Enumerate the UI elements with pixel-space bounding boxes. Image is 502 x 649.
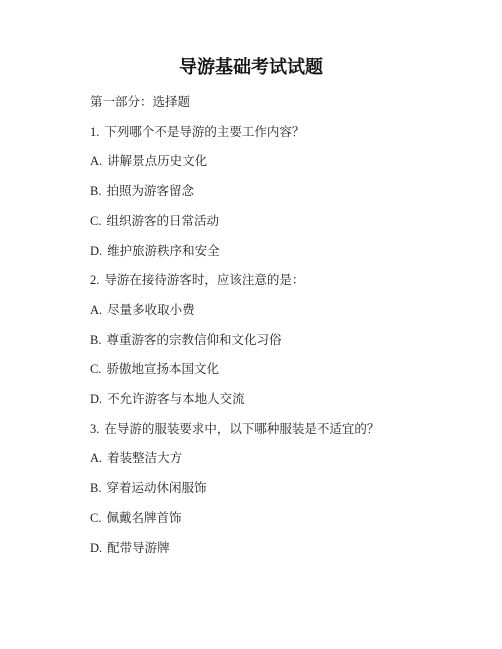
question-3-option-d: D.配带导游牌: [90, 534, 452, 564]
question-1-option-b-label: B.: [90, 184, 101, 198]
document-title: 导游基础考试试题: [0, 0, 502, 80]
question-2-option-b-text: 尊重游客的宗教信仰和文化习俗: [106, 333, 281, 347]
question-3-option-a-text: 着装整洁大方: [107, 451, 182, 465]
question-2-option-a-text: 尽量多收取小费: [107, 303, 195, 317]
question-3-option-b: B.穿着运动休闲服饰: [90, 474, 452, 504]
question-1-option-d-label: D.: [90, 244, 102, 258]
question-2-number: 2.: [90, 273, 99, 287]
question-3-option-d-text: 配带导游牌: [107, 541, 170, 555]
question-2: 2.导游在接待游客时，应该注意的是：: [90, 266, 452, 296]
question-2-option-d-text: 不允许游客与本地人交流: [107, 392, 245, 406]
question-3-option-d-label: D.: [90, 541, 102, 555]
question-1-option-d: D.维护旅游秩序和安全: [90, 237, 452, 267]
question-1-option-b: B.拍照为游客留念: [90, 177, 452, 207]
question-1-text: 下列哪个不是导游的主要工作内容？: [104, 125, 304, 139]
question-1-option-d-text: 维护旅游秩序和安全: [107, 244, 220, 258]
question-2-option-a: A.尽量多收取小费: [90, 296, 452, 326]
question-1: 1.下列哪个不是导游的主要工作内容？: [90, 118, 452, 148]
question-3: 3.在导游的服装要求中，以下哪种服装是不适宜的？: [90, 415, 452, 445]
question-2-option-d-label: D.: [90, 392, 102, 406]
question-1-option-a: A.讲解景点历史文化: [90, 147, 452, 177]
question-1-option-c-text: 组织游客的日常活动: [106, 214, 219, 228]
question-1-option-b-text: 拍照为游客留念: [106, 184, 194, 198]
question-3-option-b-label: B.: [90, 481, 101, 495]
question-1-option-c: C.组织游客的日常活动: [90, 207, 452, 237]
question-1-option-a-label: A.: [90, 154, 102, 168]
question-3-number: 3.: [90, 422, 99, 436]
question-3-option-a-label: A.: [90, 451, 102, 465]
question-3-option-a: A.着装整洁大方: [90, 444, 452, 474]
question-2-text: 导游在接待游客时，应该注意的是：: [104, 273, 304, 287]
question-3-option-c-label: C.: [90, 511, 101, 525]
question-3-text: 在导游的服装要求中，以下哪种服装是不适宜的？: [104, 422, 379, 436]
document-page: 导游基础考试试题 第一部分：选择题 1.下列哪个不是导游的主要工作内容？ A.讲…: [0, 0, 502, 649]
question-3-option-c-text: 佩戴名牌首饰: [106, 511, 181, 525]
question-1-option-c-label: C.: [90, 214, 101, 228]
question-3-option-c: C.佩戴名牌首饰: [90, 504, 452, 534]
question-3-option-b-text: 穿着运动休闲服饰: [106, 481, 206, 495]
document-body: 第一部分：选择题 1.下列哪个不是导游的主要工作内容？ A.讲解景点历史文化 B…: [0, 88, 502, 563]
question-2-option-a-label: A.: [90, 303, 102, 317]
question-2-option-b-label: B.: [90, 333, 101, 347]
question-2-option-d: D.不允许游客与本地人交流: [90, 385, 452, 415]
section-heading: 第一部分：选择题: [90, 88, 452, 118]
question-2-option-c-text: 骄傲地宣扬本国文化: [106, 362, 219, 376]
question-1-option-a-text: 讲解景点历史文化: [107, 154, 207, 168]
question-1-number: 1.: [90, 125, 99, 139]
question-2-option-c-label: C.: [90, 362, 101, 376]
question-2-option-c: C.骄傲地宣扬本国文化: [90, 355, 452, 385]
question-2-option-b: B.尊重游客的宗教信仰和文化习俗: [90, 326, 452, 356]
